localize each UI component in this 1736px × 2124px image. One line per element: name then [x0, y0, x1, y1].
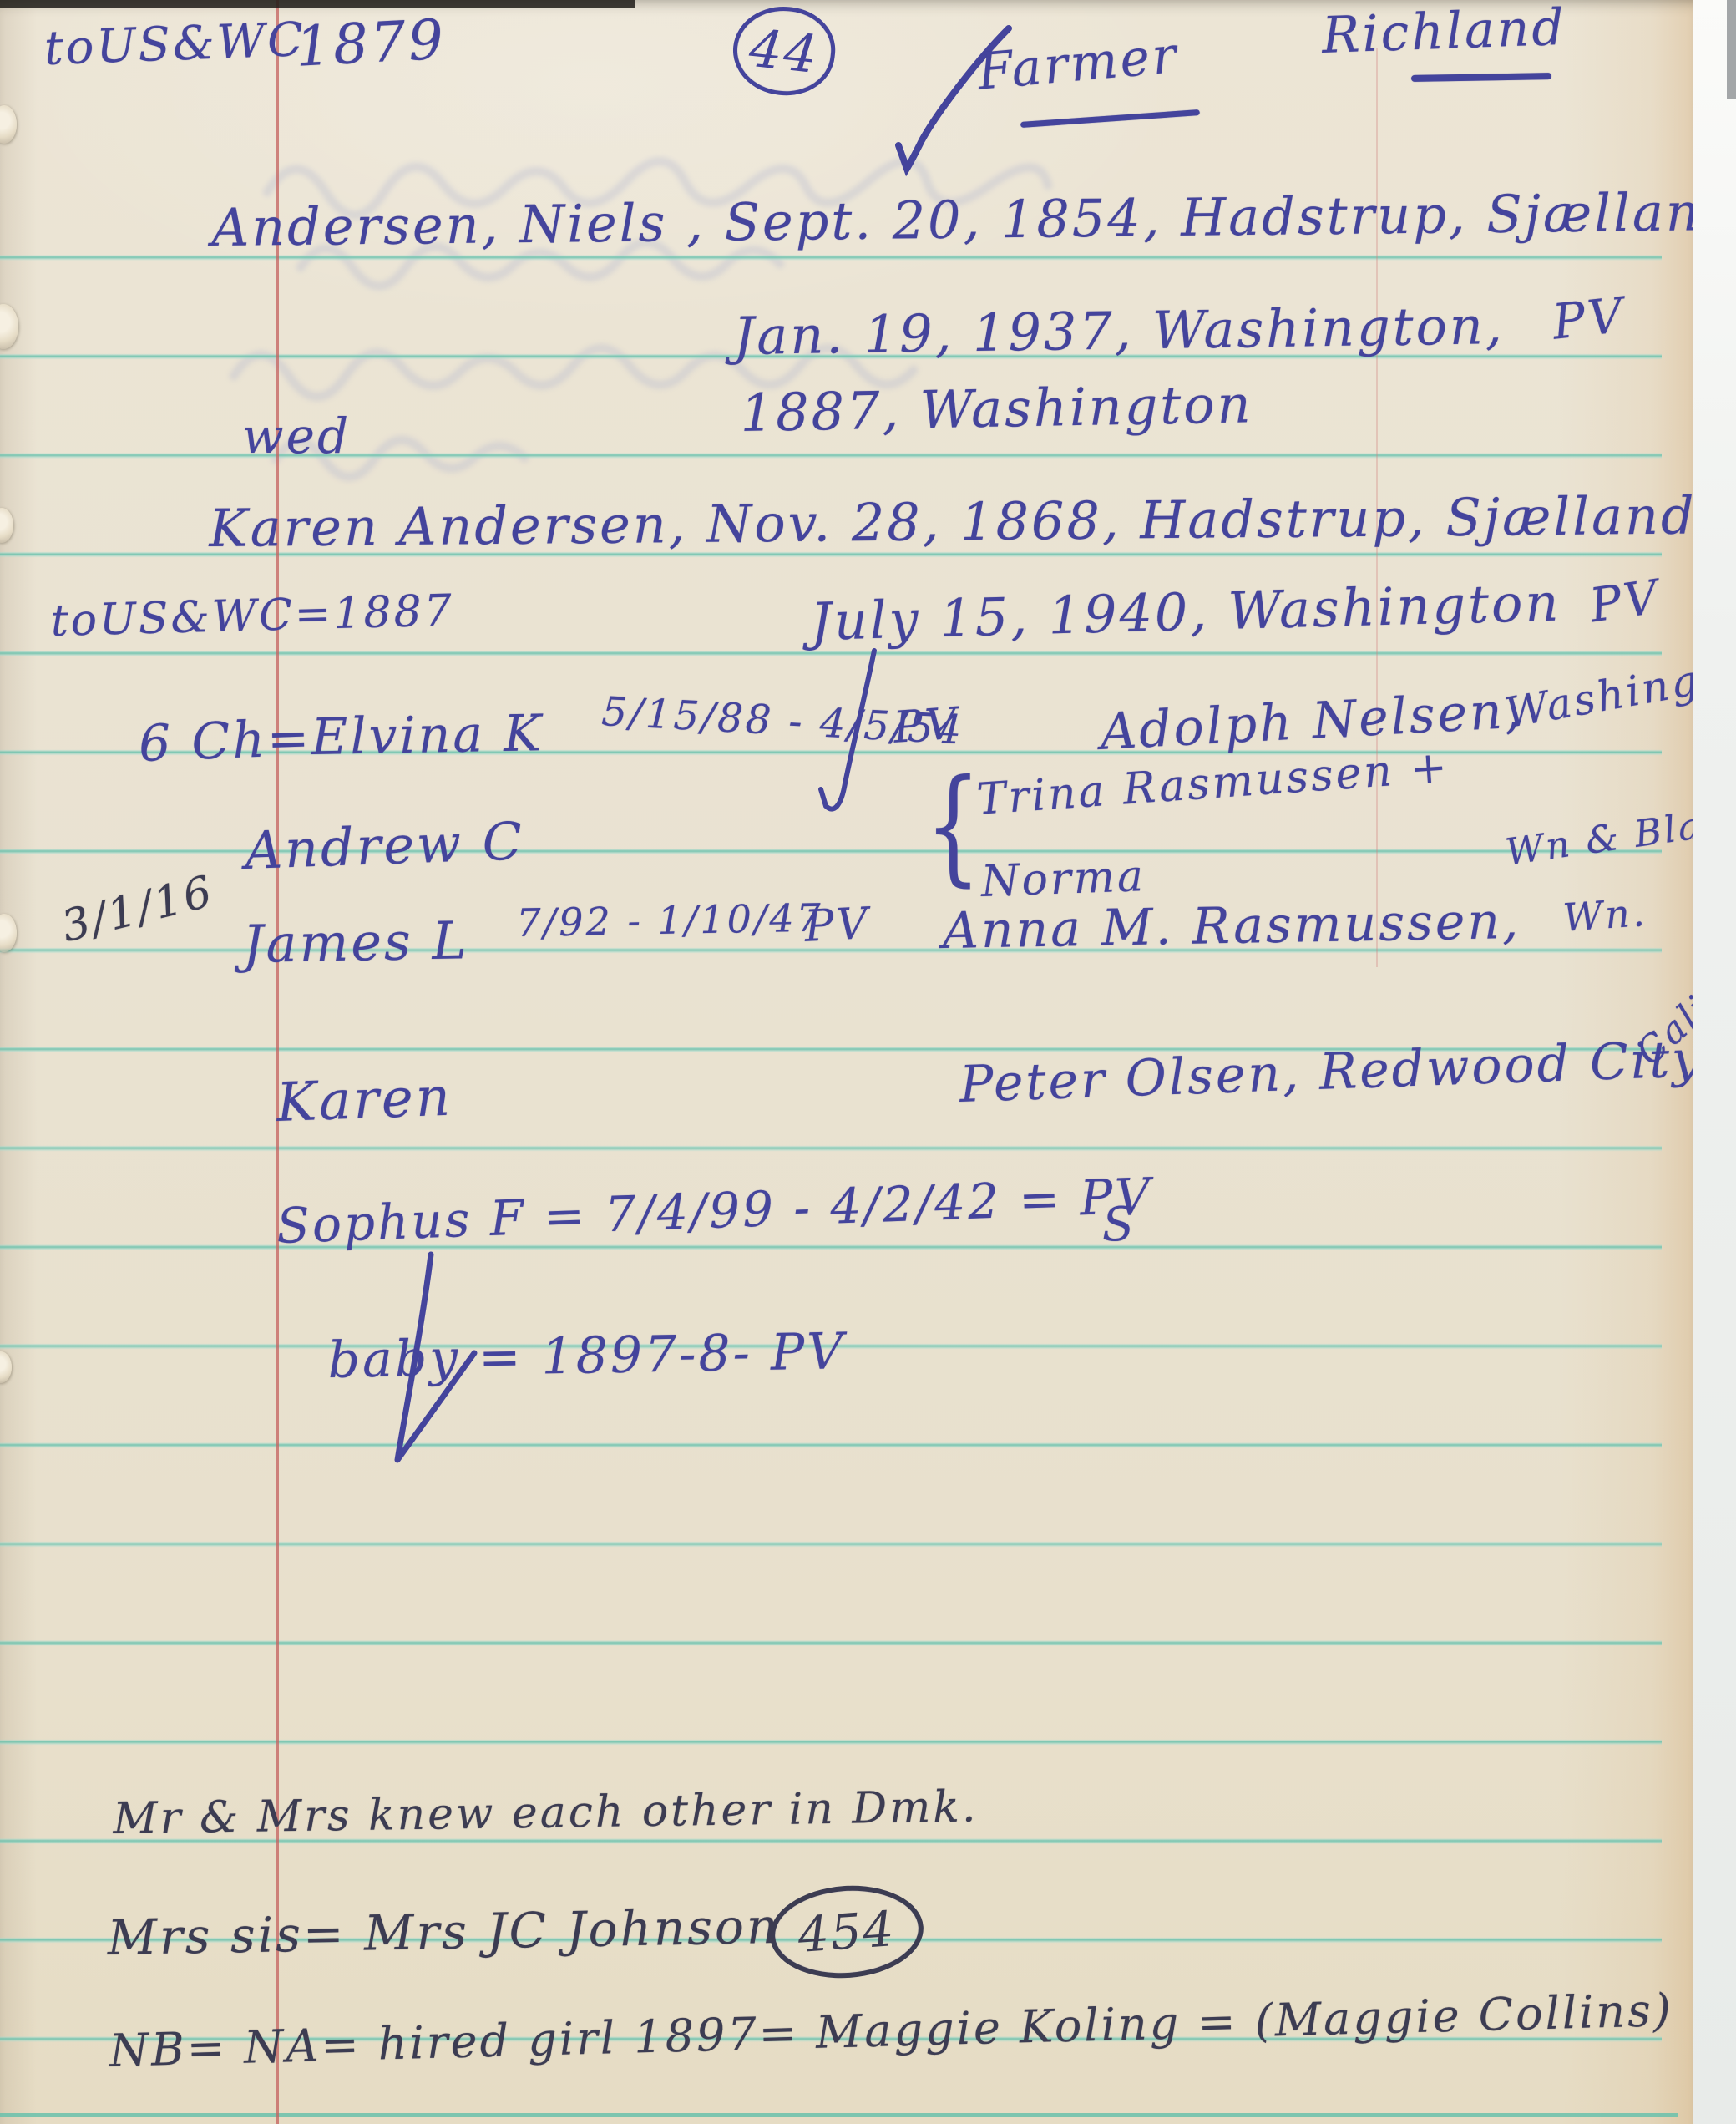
- spouse-brace: {: [925, 753, 983, 899]
- scan-top-edge: [0, 0, 635, 8]
- edge-hole: [0, 508, 13, 543]
- marriage-wed-label: wed: [242, 408, 351, 464]
- wife-cemetery-code: PV: [1587, 570, 1663, 633]
- child-james-name: James L: [242, 910, 469, 975]
- child-karen-spouse: Peter Olsen, Redwood City: [959, 1030, 1693, 1114]
- edge-hole: [0, 105, 17, 144]
- child-karen-name: Karen: [276, 1067, 453, 1134]
- town-label: Richland: [1321, 0, 1567, 65]
- page-number-badge: 44: [729, 2, 839, 100]
- page-number: 44: [747, 17, 822, 84]
- wife-death-line: July 15, 1940, Washington: [810, 571, 1561, 651]
- scan-corner-shadow: [1727, 0, 1736, 99]
- child-james-cemetery: PV: [803, 899, 872, 952]
- scanned-ledger-page: { "header": { "immigration_code": "toUS&…: [0, 0, 1736, 2124]
- note-acquaintance: Mr & Mrs knew each other in Dmk.: [113, 1782, 979, 1844]
- child-baby-line: baby = 1897-8- PV: [327, 1322, 846, 1390]
- children-count-label: 6 Ch=: [138, 709, 312, 773]
- husband-cemetery-code: PV: [1550, 286, 1628, 351]
- edge-hole: [0, 914, 17, 952]
- child-andrew-name: Andrew C: [244, 810, 525, 881]
- immigration-note-year: 1879: [294, 8, 448, 79]
- child-sophus-line: Sophus F = 7/4/99 - 4/2/42 = PV: [276, 1167, 1153, 1255]
- scanner-background: [1693, 0, 1736, 2124]
- note-sister: Mrs sis= Mrs JC Johnson: [107, 1898, 781, 1966]
- marriage-year-place: 1887, Washington: [740, 373, 1253, 444]
- child-andrew-residence: Wn & Blan: [1503, 801, 1693, 874]
- child-james-margin-date: 3/1/16: [57, 866, 219, 952]
- reference-number-badge: 454: [767, 1881, 926, 1984]
- child-elvina-cemetery: PV: [892, 699, 961, 753]
- child-james-dates: 7/92 - 1/10/47: [516, 895, 823, 945]
- edge-hole: [0, 304, 18, 349]
- child-james-residence: Wn.: [1561, 890, 1648, 940]
- husband-death-line: Jan. 19, 1937, Washington,: [733, 295, 1505, 367]
- child-elvina-residence: Washington: [1501, 642, 1693, 738]
- child-elvina-name: Elvina K: [311, 704, 544, 767]
- reference-number: 454: [796, 1900, 897, 1964]
- wife-line: Karen Andersen, Nov. 28, 1868, Hadstrup,…: [209, 484, 1693, 559]
- note-hired-girl: NB= NA= hired girl 1897= Maggie Koling =…: [109, 1984, 1674, 2077]
- edge-hole: [0, 1351, 12, 1383]
- child-sophus-status: S: [1102, 1198, 1136, 1252]
- child-elvina-spouse: Adolph Nelsen,: [1099, 681, 1524, 761]
- town-underline: [1411, 73, 1551, 82]
- child-james-spouse: Anna M. Rasmussen,: [942, 892, 1521, 961]
- wife-immigration-note: toUS&WC=1887: [50, 585, 454, 646]
- ledger-paper: toUS&WC 1879 44 Farmer Richland Andersen…: [0, 0, 1693, 2124]
- bottom-ruled-line: [0, 2113, 1678, 2117]
- immigration-note-code: toUS&WC: [43, 13, 306, 76]
